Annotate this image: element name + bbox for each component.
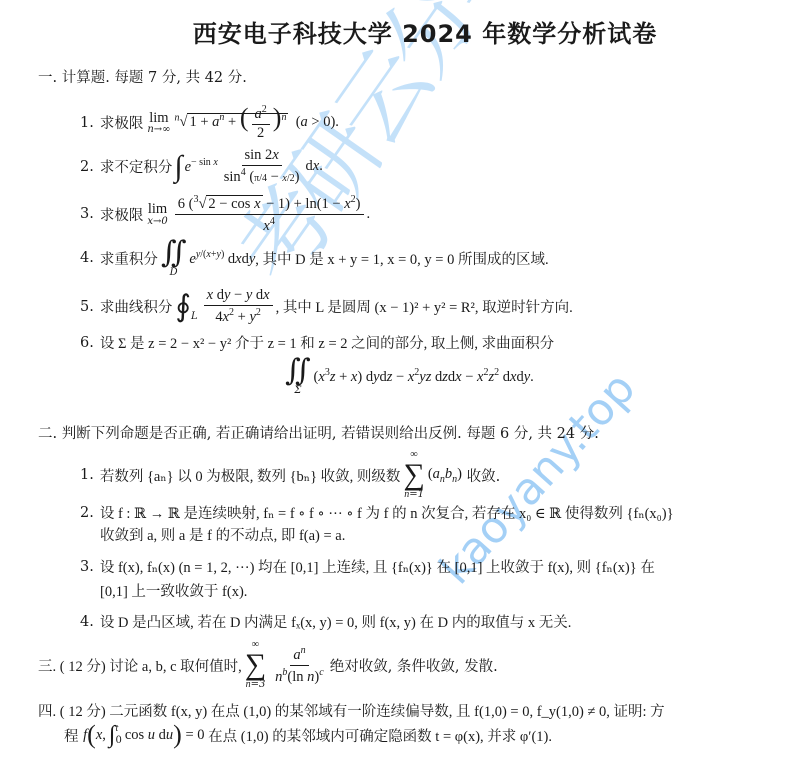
section-3-heading: 三. ( 12 分) 讨论 a, b, c 取何值时, xyxy=(38,655,242,676)
problem-1-4: 4. 求重积分 ∬D ey/(x+y) dxdy , 其中 D 是 x + y … xyxy=(80,238,549,278)
problem-2-2-cont: 收敛到 a, 则 a 是 f 的不动点, 即 f(a) = a. xyxy=(100,524,345,545)
problem-2-2: 2. 设 f : ℝ → ℝ 是连续映射, fₙ = f ∘ f ∘ ··· ∘… xyxy=(80,502,674,523)
section-1-heading: 一. 计算题. 每题 7 分, 共 42 分. xyxy=(38,66,247,87)
problem-1-5: 5. 求曲线积分 ∮L x dy − y dx4x2 + y2 , 其中 L 是… xyxy=(80,288,573,326)
problem-2-1: 1. 若数列 {aₙ} 以 0 为极限, 数列 {bₙ} 收敛, 则级数 ∞∑n… xyxy=(80,450,500,500)
problem-1-3: 3. 求极限 limx→0 6 (3√2 − cos x − 1) + ln(1… xyxy=(80,194,370,235)
problem-1-6-integral: ∬Σ (x3z + x) dydz − x2yz dzdx − x2z2 dxd… xyxy=(282,356,534,396)
exam-page: 考研云分享 kaoyany.top 西安电子科技大学 2024 年数学分析试卷 … xyxy=(0,0,810,758)
section-4-cont: 程 f ( x, ∫t0 cos u du ) = 0 在点 (1,0) 的某邻… xyxy=(64,722,552,748)
page-title: 西安电子科技大学 2024 年数学分析试卷 xyxy=(0,14,810,49)
problem-number: 1. xyxy=(80,115,94,131)
section-2-heading: 二. 判断下列命题是否正确, 若正确请给出证明, 若错误则给出反例. 每题 6 … xyxy=(38,422,599,443)
problem-2-4: 4. 设 D 是凸区域, 若在 D 内满足 fₓ(x, y) = 0, 则 f(… xyxy=(80,611,571,632)
section-4-heading: 四. ( 12 分) 二元函数 f(x, y) 在点 (1,0) 的某邻域有一阶… xyxy=(38,700,665,721)
section-3: 三. ( 12 分) 讨论 a, b, c 取何值时, ∞∑n=3 annb(l… xyxy=(38,640,498,690)
problem-1-6: 6. 设 Σ 是 z = 2 − x² − y² 介于 z = 1 和 z = … xyxy=(80,332,554,353)
problem-2-3-cont: [0,1] 上一致收敛于 f(x). xyxy=(100,580,247,601)
problem-1-1: 1. 求极限 limn→∞ n√1 + an + (a22)n (a > 0). xyxy=(80,104,339,142)
problem-text: 求极限 xyxy=(100,112,144,133)
problem-2-3: 3. 设 f(x), fₙ(x) (n = 1, 2, ···) 均在 [0,1… xyxy=(80,556,655,577)
problem-1-2: 2. 求不定积分 ∫ e− sin x sin 2xsin4 (π/4 − x/… xyxy=(80,148,323,186)
